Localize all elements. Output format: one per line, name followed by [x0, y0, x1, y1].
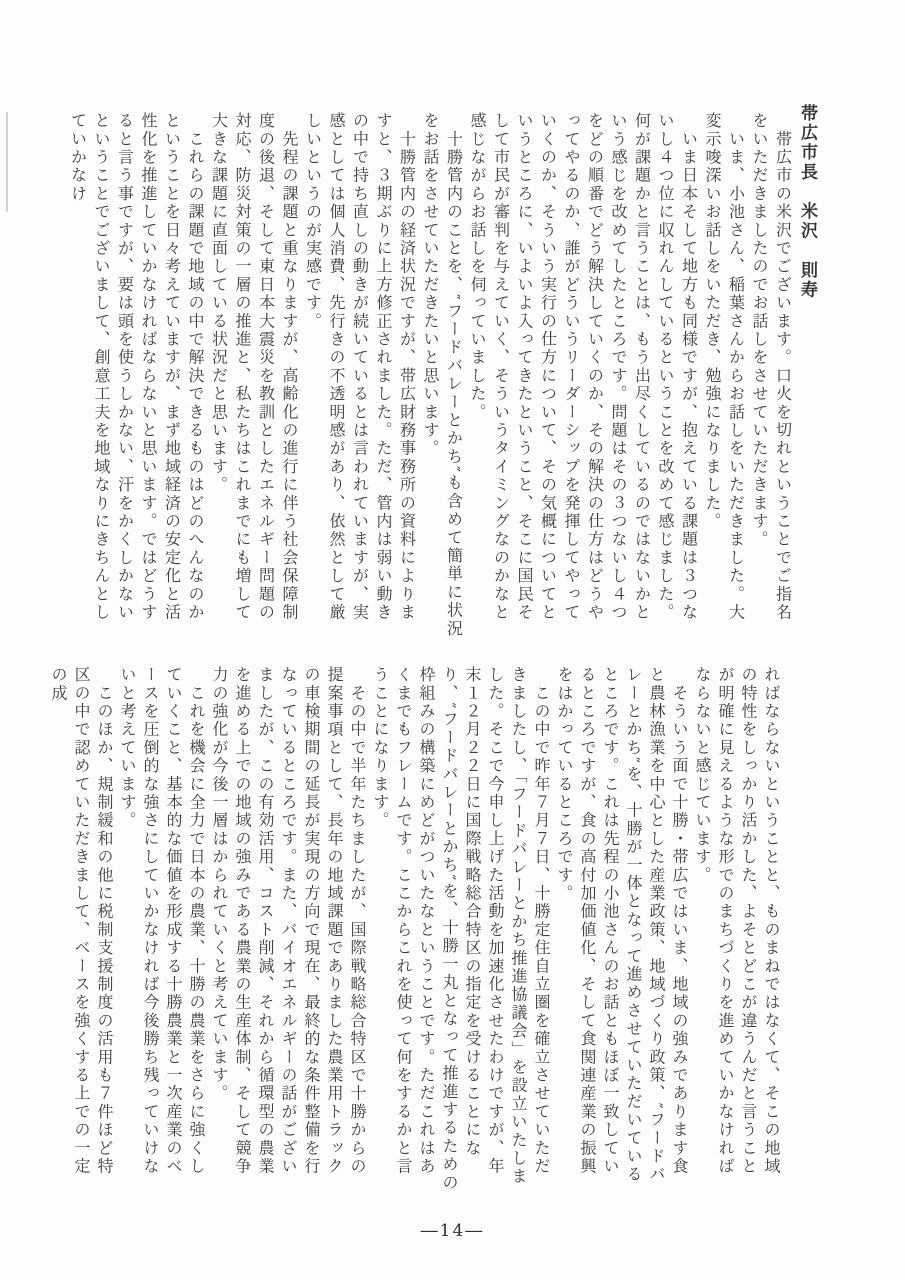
paragraph: これらの課題で地域の中で解決できるものはどのへんなのかということを日々考えていま…: [66, 112, 207, 638]
speech-block-top: 帯広市長 米沢 則寿 帯広市の米沢でございます。口火を切れということでご指名をい…: [66, 112, 818, 638]
paragraph: ればならないということと、ものまねではなくて、そこの地域の特性をしっかり活かした…: [691, 666, 783, 1192]
speech-block-bottom: ればならないということと、ものまねではなくて、そこの地域の特性をしっかり活かした…: [47, 666, 783, 1192]
paragraph: 帯広市の米沢でございます。口火を切れということでご指名をいただきましたのでお話し…: [748, 112, 795, 638]
page-number: ―14―: [0, 1221, 905, 1241]
paragraph: 十勝管内の経済状況ですが、帯広財務事務所の資料によりますと、３期ぶりに上方修正さ…: [301, 112, 419, 638]
scanned-document-page: 帯広市長 米沢 則寿 帯広市の米沢でございます。口火を切れということでご指名をい…: [0, 0, 905, 1280]
paragraph: そういう面で十勝・帯広ではいま、地域の強みであります食と農林漁業を中心とした産業…: [553, 666, 691, 1192]
bottom-paragraphs: ればならないということと、ものまねではなくて、そこの地域の特性をしっかり活かした…: [47, 666, 783, 1192]
speaker-title: 帯広市長 米沢 則寿: [795, 104, 819, 630]
paragraph: 先程の課題と重なりますが、高齢化の進行に伴う社会保障制度の後退、そして東日本大震…: [207, 112, 301, 638]
paragraph: 十勝管内のことを、″フードバレーとかち″も含めて簡単に状況をお話をさせていただき…: [419, 112, 466, 638]
scan-artifact-line: [6, 112, 8, 212]
paragraph: いま日本そして地方も同様ですが、抱えている課題は３つないし４つ位に収れんしている…: [466, 112, 701, 638]
paragraph: その中で半年たちましたが、国際戦略総合特区で十勝からの提案事項として、長年の地域…: [208, 666, 369, 1192]
paragraph: このほか、規制緩和の他に税制支援制度の活用も７件ほど特区の中で認めていただきまし…: [47, 666, 116, 1192]
paragraph: この中で昨年７月７日、十勝定住自立圏を確立させていただきましたし、「フードバレー…: [369, 666, 553, 1192]
paragraph: いま、小池さん、稲葉さんからお話しをいただきました。大変示唆深いお話しをいただき…: [701, 112, 748, 638]
top-paragraphs: 帯広市の米沢でございます。口火を切れということでご指名をいただきましたのでお話し…: [66, 112, 795, 638]
paragraph: これを機会に全力で日本の農業、十勝の農業をさらに強くしていくこと、基本的な価値を…: [116, 666, 208, 1192]
